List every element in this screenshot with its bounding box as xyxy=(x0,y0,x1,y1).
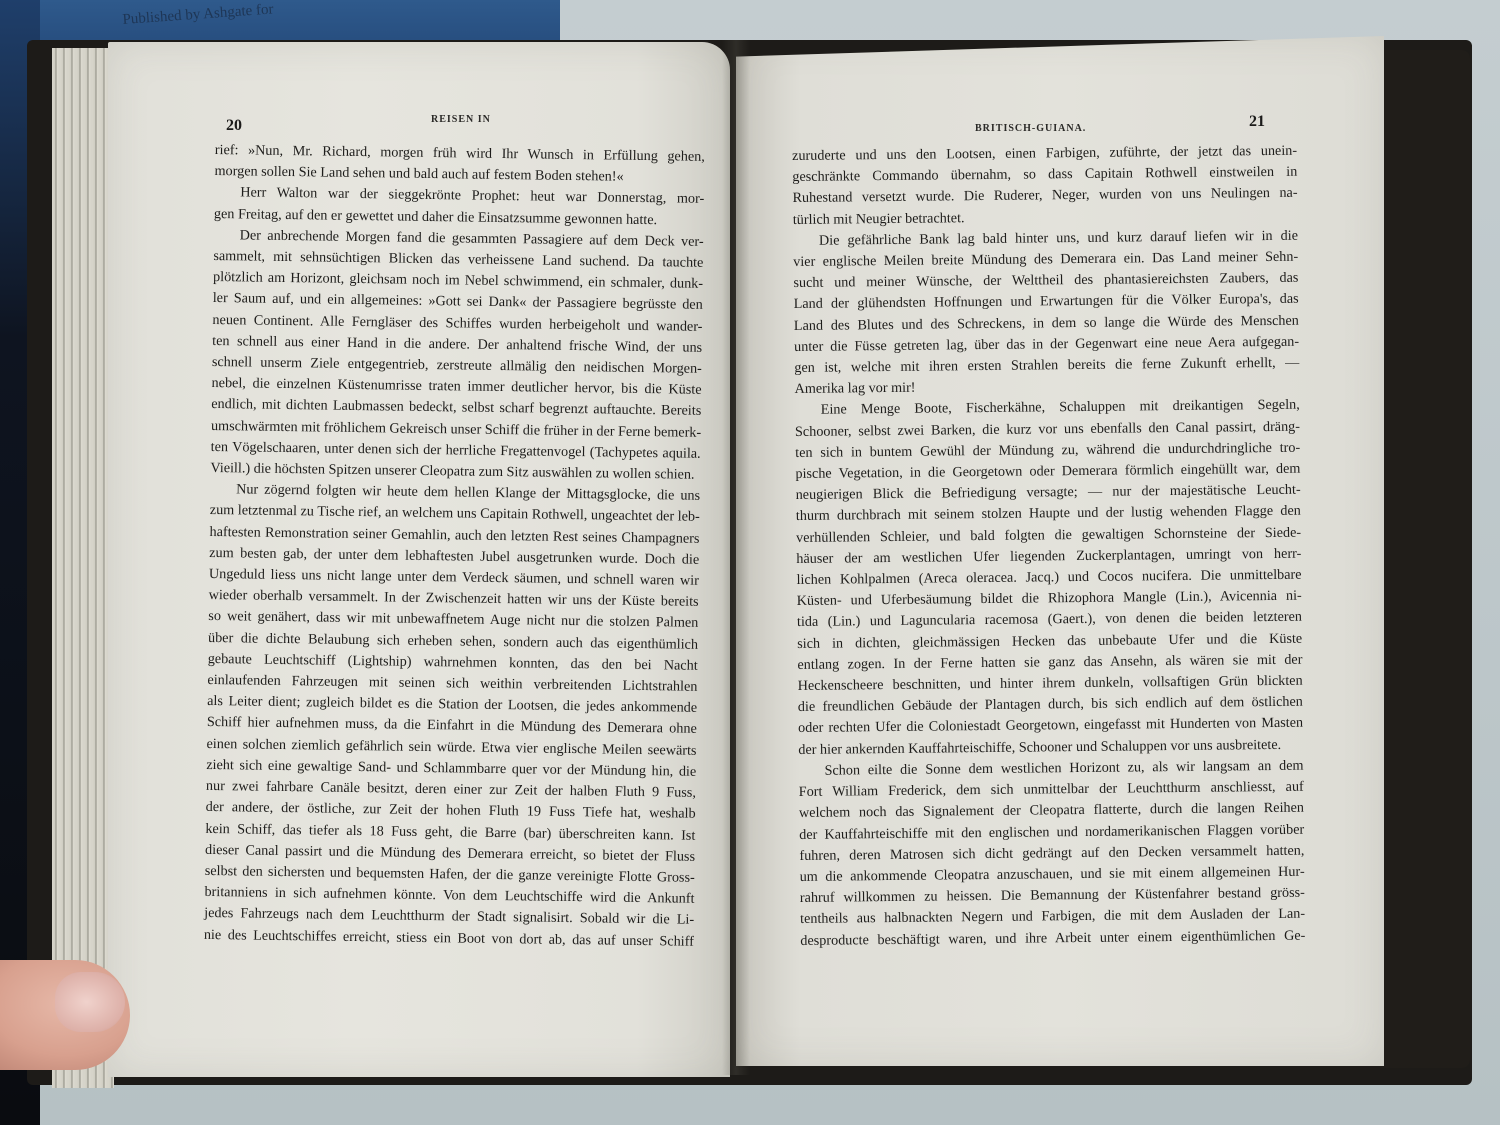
right-page-number: 21 xyxy=(1249,113,1265,131)
page-stack-edges xyxy=(52,48,114,1088)
thumbnail xyxy=(55,972,125,1032)
book-gutter xyxy=(722,40,750,1075)
left-page-body: rief: »Nun, Mr. Richard, morgen früh wir… xyxy=(204,140,705,952)
left-page-number: 20 xyxy=(226,117,242,135)
right-running-head: BRITISCH-GUIANA. xyxy=(975,123,1086,134)
left-running-head: REISEN IN xyxy=(431,114,491,125)
book-cover-right-edge xyxy=(1380,50,1470,1068)
right-page-body: zuruderte und uns den Lootsen, einen Far… xyxy=(792,141,1305,952)
